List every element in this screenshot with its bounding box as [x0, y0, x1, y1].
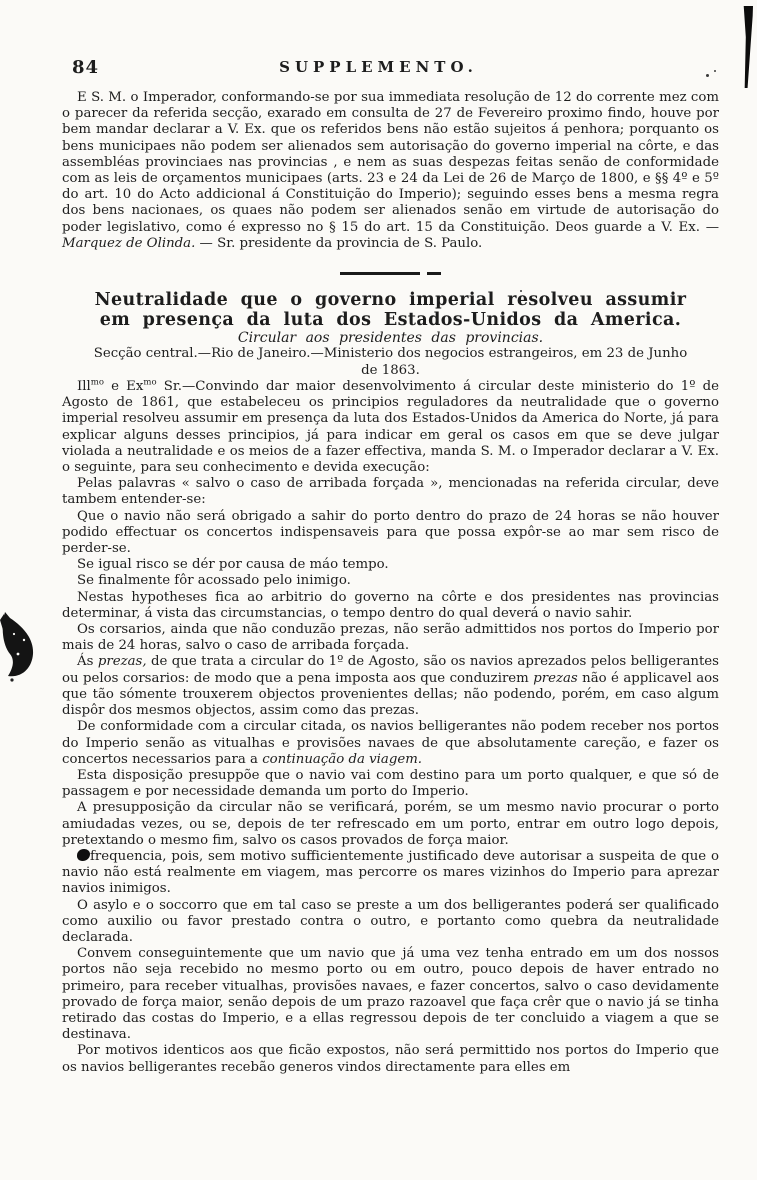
paragraph: E S. M. o Imperador, conformando-se por … [62, 90, 719, 252]
section-heading: Neutralidade que o governo imperial reso… [62, 290, 719, 330]
paragraph: frequencia, pois, sem motivo sufficiente… [62, 849, 719, 898]
paragraph: Illmo e Exmo Sr.—Convindo dar maior dese… [62, 379, 719, 476]
paragraph: Se finalmente fôr acossado pelo inimigo. [62, 573, 719, 589]
paragraph: Os corsarios, ainda que não conduzão pre… [62, 622, 719, 654]
paragraph: Pelas palavras « salvo o caso de arribad… [62, 476, 719, 508]
divider-rule [340, 272, 420, 275]
section-dateline: Secção central.—Rio de Janeiro.—Minister… [62, 346, 719, 379]
document-body: E S. M. o Imperador, conformando-se por … [62, 90, 719, 1076]
section-divider [62, 263, 719, 282]
paragraph: A presupposição da circular não se verif… [62, 800, 719, 849]
scanned-document-page: 84 SUPPLEMENTO. E S. M. o Imperador, con… [0, 0, 757, 1180]
paragraph: Por motivos identicos aos que ficão expo… [62, 1043, 719, 1075]
paragraph: Se igual risco se dér por causa de máo t… [62, 557, 719, 573]
page-header-title: SUPPLEMENTO. [0, 58, 757, 76]
section-subtitle: Circular aos presidentes das provincias. [62, 330, 719, 346]
ink-blot-inline-artifact [77, 849, 90, 861]
paragraph: O asylo e o soccorro que em tal caso se … [62, 898, 719, 947]
ink-blot-shape [0, 610, 38, 692]
paragraph: Convem conseguintemente que um navio que… [62, 946, 719, 1043]
paragraph: Que o navio não será obrigado a sahir do… [62, 509, 719, 558]
paragraph: Esta disposição presuppõe que o navio va… [62, 768, 719, 800]
paragraph: Nestas hypotheses fica ao arbitrio do go… [62, 590, 719, 622]
paragraph: De conformidade com a circular citada, o… [62, 719, 719, 768]
divider-rule [427, 272, 441, 275]
scan-ink-blot-artifact [0, 610, 38, 692]
paragraph: Ás prezas, de que trata a circular do 1º… [62, 654, 719, 719]
